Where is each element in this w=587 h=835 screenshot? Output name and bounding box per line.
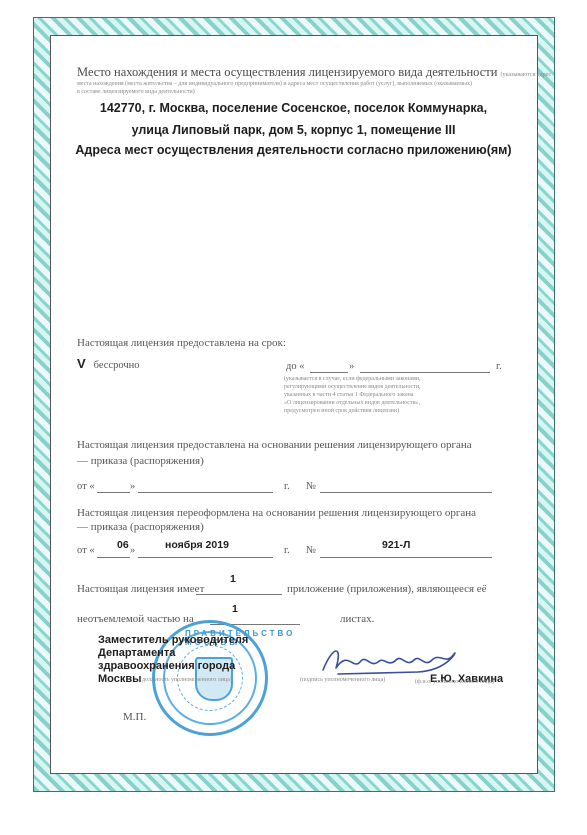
appendix-count: 1 xyxy=(230,573,236,585)
basis-from-prefix: от « xyxy=(77,481,95,492)
basis-text-line-2: — приказа (распоряжения) xyxy=(77,455,204,467)
reissue-month-line xyxy=(138,557,273,558)
term-unlimited-option: V бессрочно xyxy=(77,355,140,373)
location-note-line-2: места нахождения (места жительства – для… xyxy=(77,80,472,88)
basis-year-suffix: г. xyxy=(284,481,290,492)
basis-number-label: № xyxy=(306,481,316,492)
basis-text-line-1: Настоящая лицензия предоставлена на осно… xyxy=(77,439,472,451)
appendix-part-prefix: неотъемлемой частью на xyxy=(77,613,194,625)
appendix-count-line xyxy=(196,594,282,595)
reissue-text-line-2: — приказа (распоряжения) xyxy=(77,521,204,533)
reissue-from-prefix: от « xyxy=(77,545,95,556)
appendix-part-suffix: листах. xyxy=(340,613,374,625)
reissue-number-label: № xyxy=(306,545,316,556)
reissue-text-line-1: Настоящая лицензия переоформлена на осно… xyxy=(77,507,476,519)
reissue-year-suffix: г. xyxy=(284,545,290,556)
reissue-number: 921-Л xyxy=(382,539,410,551)
term-label: Настоящая лицензия предоставлена на срок… xyxy=(77,337,286,349)
basis-number-line xyxy=(320,492,492,493)
location-heading: Место нахождения и места осуществления л… xyxy=(77,65,551,80)
signer-position-caption: (должность уполномоченного лица) xyxy=(140,676,232,684)
reissue-day-line xyxy=(97,557,130,558)
basis-month-line xyxy=(138,492,273,493)
term-until-prefix: до « xyxy=(286,361,304,372)
basis-day-line xyxy=(97,492,130,493)
appendix-text-suffix: приложение (приложения), являющееся её xyxy=(287,583,487,595)
reissue-day: 06 xyxy=(117,539,129,551)
address-line-2: улица Липовый парк, дом 5, корпус 1, пом… xyxy=(0,123,587,137)
reissue-from-mid: » xyxy=(130,545,135,556)
seal-mark-label: М.П. xyxy=(123,711,146,723)
location-note-line-3: в составе лицензируемого вида деятельнос… xyxy=(77,88,195,96)
location-heading-note: (указываются адрес xyxy=(501,72,552,78)
checkmark-icon: V xyxy=(77,356,86,371)
term-day-line xyxy=(310,372,348,373)
reissue-month-year: ноября 2019 xyxy=(165,539,229,551)
appendix-sheets: 1 xyxy=(232,603,238,615)
address-line-1: 142770, г. Москва, поселение Сосенское, … xyxy=(0,101,587,115)
term-month-line xyxy=(360,372,490,373)
signer-name-caption: (ф.и.о. уполномоченного лица) xyxy=(415,678,494,686)
basis-from-mid: » xyxy=(130,481,135,492)
signature-caption: (подпись уполномоченного лица) xyxy=(300,676,385,684)
term-note: (указывается в случае, если федеральными… xyxy=(284,375,421,415)
appendix-text-prefix: Настоящая лицензия имеет xyxy=(77,583,204,595)
term-until-mid: » xyxy=(349,361,354,372)
reissue-number-line xyxy=(320,557,492,558)
term-until-suffix: г. xyxy=(496,361,502,372)
term-unlimited-label: бессрочно xyxy=(94,360,140,371)
address-line-3: Адреса мест осуществления деятельности с… xyxy=(0,143,587,157)
